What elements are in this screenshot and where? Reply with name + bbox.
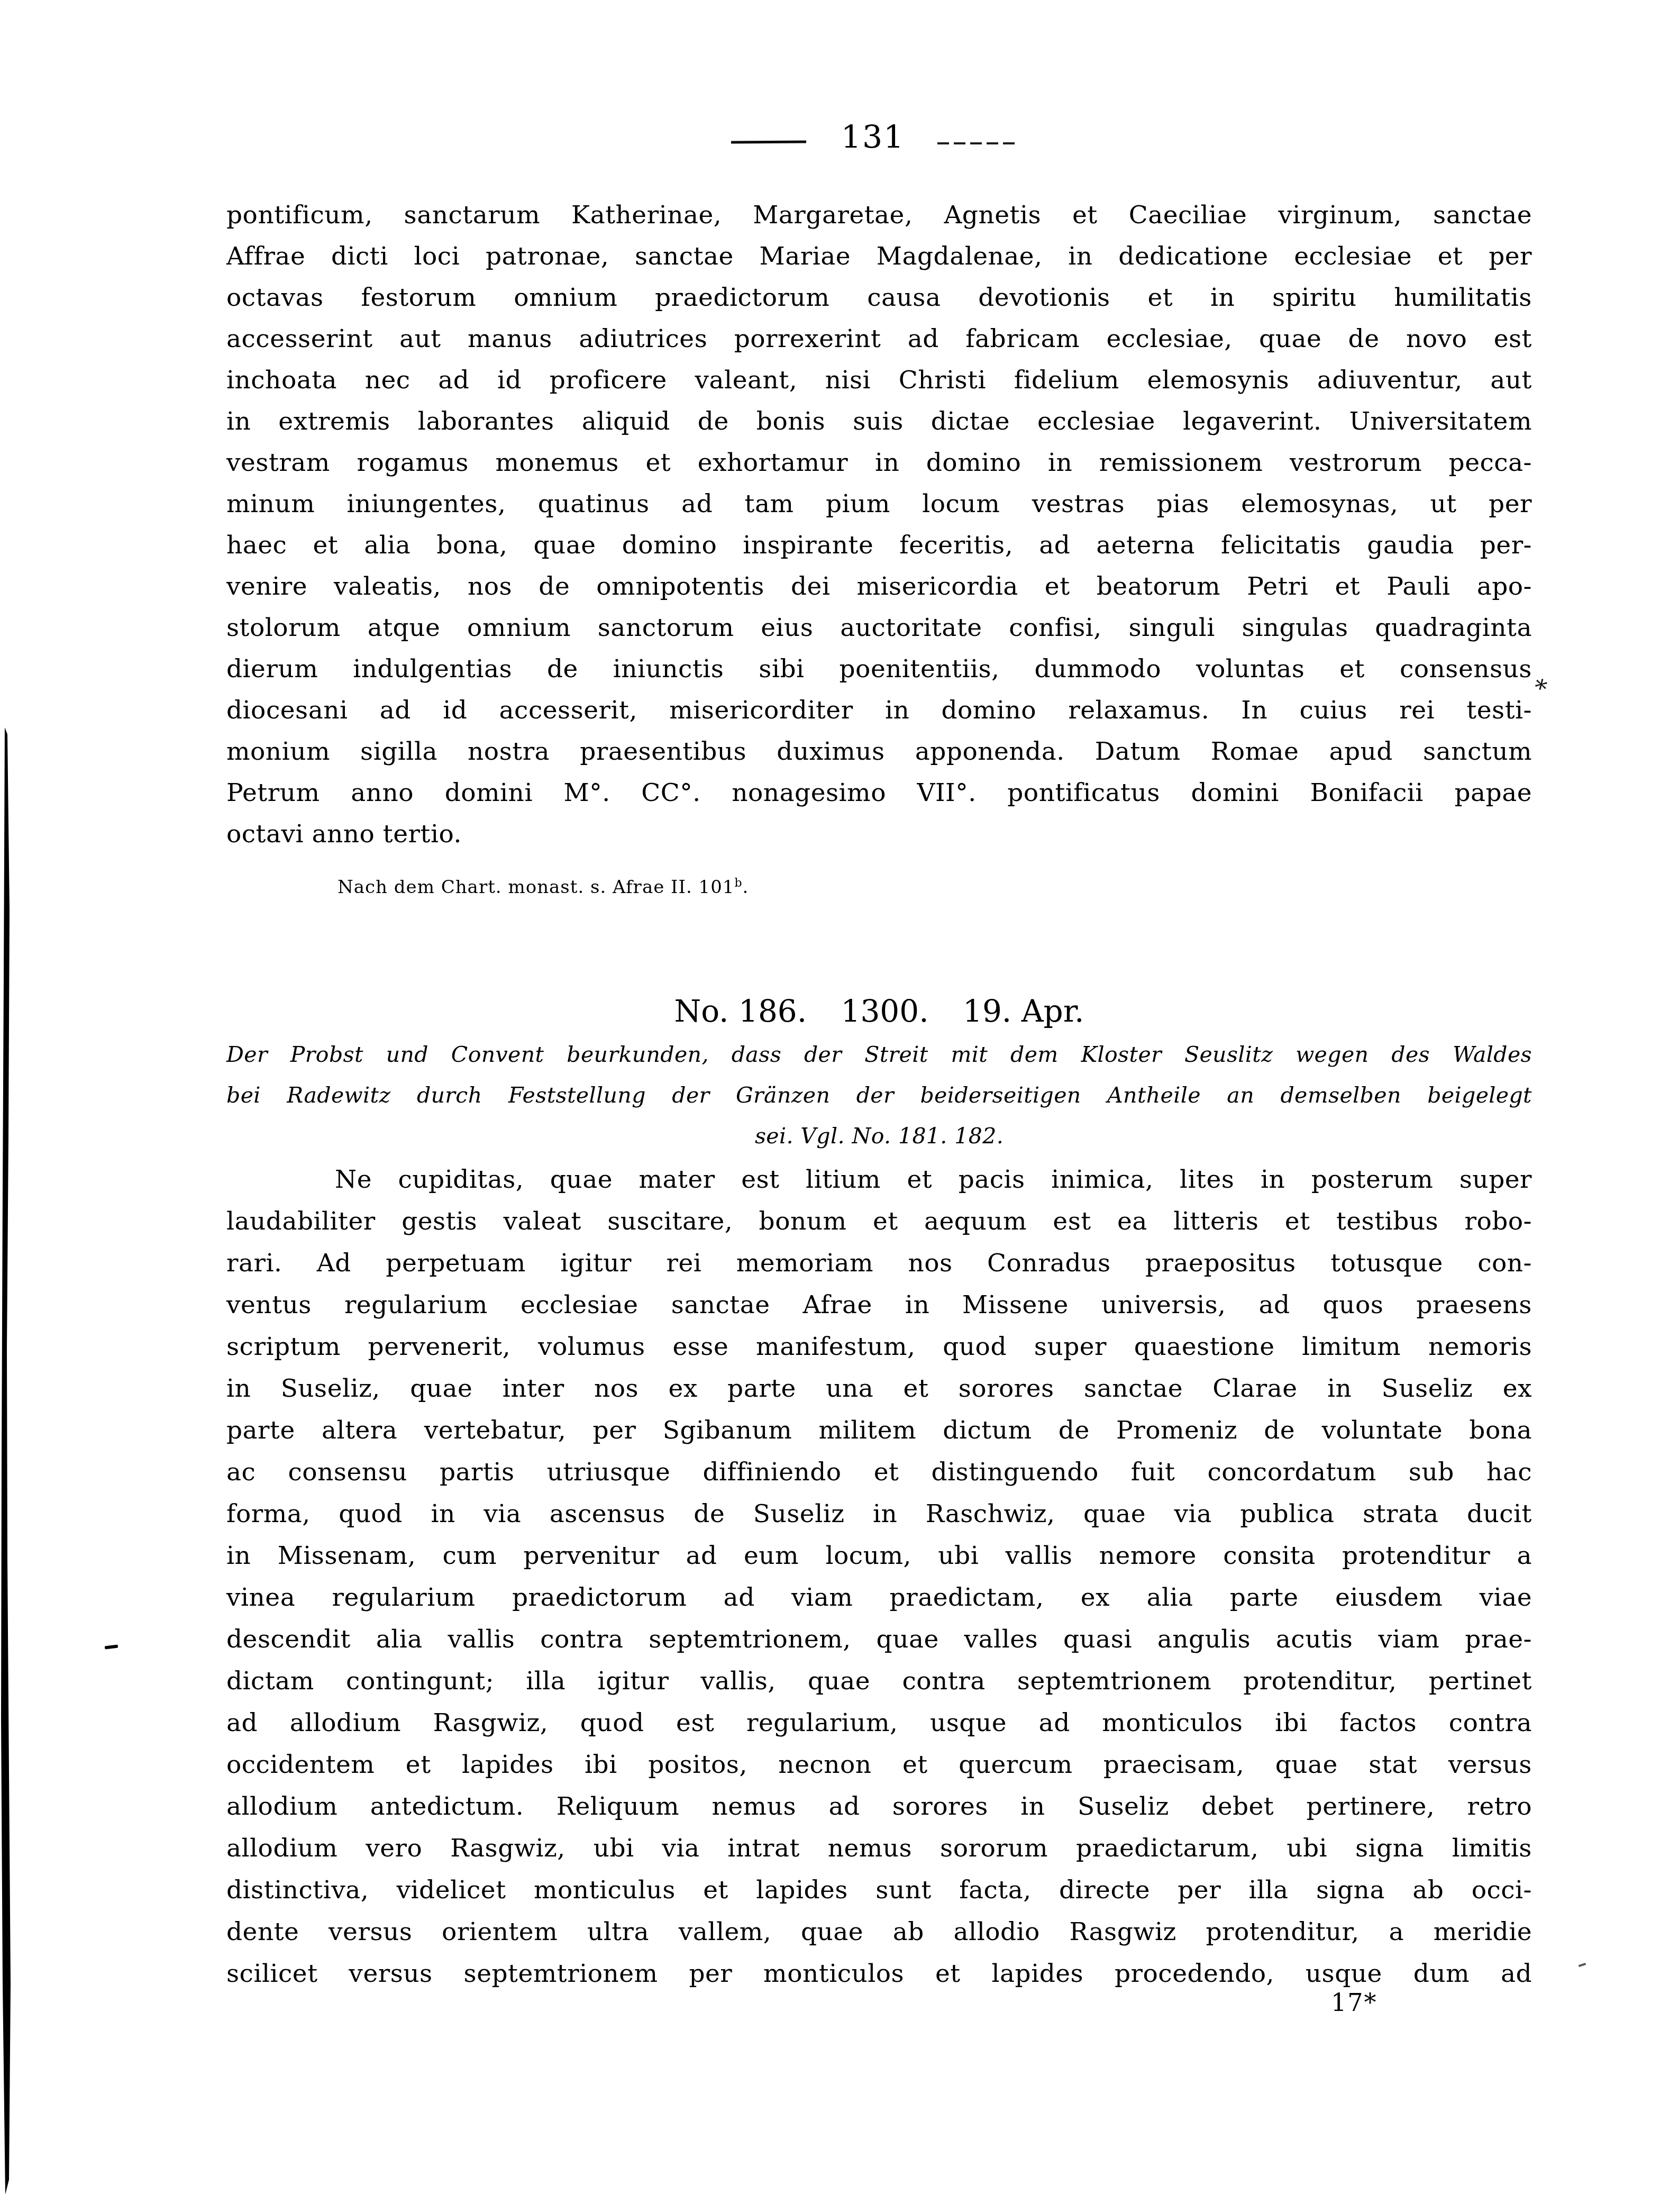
text-line: vestram rogamus monemus et exhortamur in… — [226, 442, 1532, 484]
text-line: minum iniungentes, quatinus ad tam pium … — [226, 484, 1532, 525]
text-line: in extremis laborantes aliquid de bonis … — [226, 401, 1532, 442]
text-line: octavi anno tertio. — [226, 814, 1532, 855]
entry-heading: No. 186. 1300. 19. Apr. — [226, 994, 1532, 1028]
text-line: allodium vero Rasgwiz, ubi via intrat ne… — [226, 1827, 1532, 1869]
left-margin-dash-artifact — [105, 1644, 118, 1649]
text-line: inchoata nec ad id proficere valeant, ni… — [226, 360, 1532, 401]
text-line: Petrum anno domini M°. CC°. nonagesimo V… — [226, 772, 1532, 814]
text-line: in Missenam, cum pervenitur ad eum locum… — [226, 1535, 1532, 1577]
source-note-text: Nach dem Chart. monast. s. Afrae II. 101 — [338, 877, 734, 898]
page-number-rule-right — [937, 142, 1015, 144]
text-line: vinea regularium praedictorum ad viam pr… — [226, 1577, 1532, 1618]
text-line: stolorum atque omnium sanctorum eius auc… — [226, 607, 1532, 649]
text-line: dictam contingunt; illa igitur vallis, q… — [226, 1660, 1532, 1702]
text-line: parte altera vertebatur, per Sgibanum mi… — [226, 1409, 1532, 1451]
text-line: ventus regularium ecclesiae sanctae Afra… — [226, 1284, 1532, 1326]
text-line: venire valeatis, nos de omnipotentis dei… — [226, 566, 1532, 607]
text-line: diocesani ad id accesserit, misericordit… — [226, 690, 1532, 731]
text-line: Ne cupiditas, quae mater est litium et p… — [226, 1159, 1532, 1200]
source-note-superscript: b — [734, 877, 742, 890]
source-note: Nach dem Chart. monast. s. Afrae II. 101… — [338, 872, 749, 899]
entry-summary: Der Probst und Convent beurkunden, dass … — [226, 1034, 1532, 1157]
text-line: haec et alia bona, quae domino inspirant… — [226, 525, 1532, 566]
text-line: allodium antedictum. Reliquum nemus ad s… — [226, 1786, 1532, 1827]
text-line: laudabiliter gestis valeat suscitare, bo… — [226, 1200, 1532, 1242]
text-line: pontificum, sanctarum Katherinae, Margar… — [226, 195, 1532, 236]
signature-mark: 17* — [1331, 1989, 1378, 2016]
entry-year: 1300. — [841, 994, 929, 1028]
text-line: scriptum pervenerit, volumus esse manife… — [226, 1326, 1532, 1368]
text-line: monium sigilla nostra praesentibus duxim… — [226, 731, 1532, 772]
summary-line: Der Probst und Convent beurkunden, dass … — [226, 1034, 1532, 1075]
text-line: in Suseliz, quae inter nos ex parte una … — [226, 1368, 1532, 1409]
text-line: distinctiva, videlicet monticulus et lap… — [226, 1869, 1532, 1911]
entry-body: Ne cupiditas, quae mater est litium et p… — [226, 1159, 1532, 1995]
page-number: 131 — [838, 121, 907, 154]
summary-line: bei Radewitz durch Feststellung der Grän… — [226, 1075, 1532, 1116]
summary-line: sei. Vgl. No. 181. 182. — [226, 1116, 1532, 1157]
text-line: octavas festorum omnium praedictorum cau… — [226, 277, 1532, 318]
source-note-period: . — [743, 877, 749, 898]
previous-entry-body: pontificum, sanctarum Katherinae, Margar… — [226, 195, 1532, 855]
text-line: dierum indulgentias de iniunctis sibi po… — [226, 649, 1532, 690]
entry-number: No. 186. — [674, 994, 807, 1028]
text-line: ac consensu partis utriusque diffiniendo… — [226, 1451, 1532, 1493]
text-line: forma, quod in via ascensus de Suseliz i… — [226, 1493, 1532, 1535]
right-margin-speck-artifact — [1579, 1963, 1586, 1967]
text-line: Affrae dicti loci patronae, sanctae Mari… — [226, 236, 1532, 277]
text-line: ad allodium Rasgwiz, quod est regularium… — [226, 1702, 1532, 1744]
text-line: rari. Ad perpetuam igitur rei memoriam n… — [226, 1242, 1532, 1284]
entry-date: 19. Apr. — [963, 994, 1084, 1028]
page-number-rule-left — [731, 141, 806, 144]
text-line: descendit alia vallis contra septemtrion… — [226, 1618, 1532, 1660]
text-line: occidentem et lapides ibi positos, necno… — [226, 1744, 1532, 1786]
right-margin-mark: * — [1531, 674, 1549, 703]
text-line: dente versus orientem ultra vallem, quae… — [226, 1911, 1532, 1953]
book-page-scan: 131 pontificum, sanctarum Katherinae, Ma… — [0, 0, 1660, 2212]
gutter-shadow-artifact — [0, 0, 21, 2212]
text-line: accesserint aut manus adiutrices porrexe… — [226, 318, 1532, 360]
